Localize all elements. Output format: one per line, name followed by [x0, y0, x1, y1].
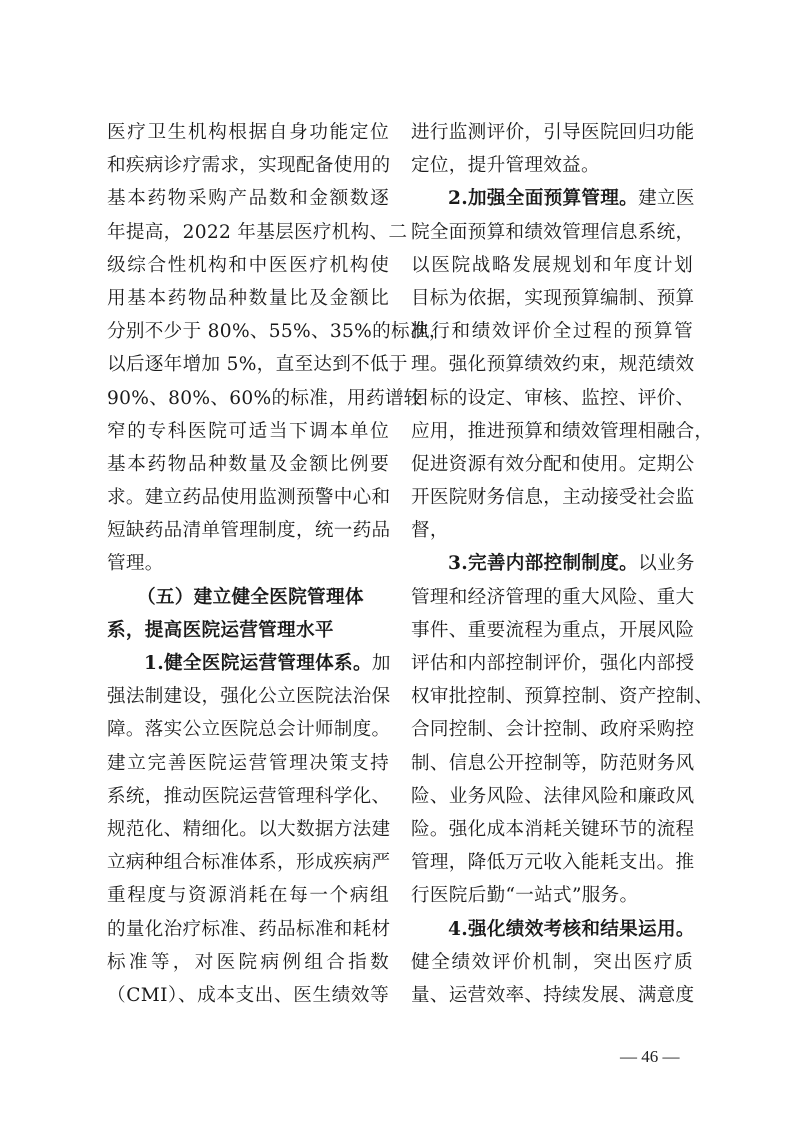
- text-line: 1.健全医院运营管理体系。加: [107, 647, 389, 680]
- text-line: 院全面预算和绩效管理信息系统，: [411, 216, 693, 249]
- text-line: 目标为依据，实现预算编制、预算: [411, 282, 693, 315]
- text-line: 事件、重要流程为重点，开展风险: [411, 614, 693, 647]
- text-line: 基本药物品种数量及金额比例要: [107, 448, 389, 481]
- text-line: 险、业务风险、法律风险和廉政风: [411, 780, 693, 813]
- text-line: 用基本药物品种数量比及金额比: [107, 282, 389, 315]
- text-line: 求。建立药品使用监测预警中心和: [107, 481, 389, 514]
- text-line: 规范化、精细化。以大数据方法建: [107, 813, 389, 846]
- text-line: 管理和经济管理的重大风险、重大: [411, 581, 693, 614]
- subsection-title: 1.健全医院运营管理体系。: [144, 653, 372, 674]
- text-line: 标准等，对医院病例组合指数: [107, 946, 389, 979]
- text-line: 制、信息公开控制等，防范财务风: [411, 747, 693, 780]
- text-line: 合同控制、会计控制、政府采购控: [411, 713, 693, 746]
- text-line: 定位，提升管理效益。: [411, 149, 693, 182]
- text-line: 建立完善医院运营管理决策支持: [107, 747, 389, 780]
- text-line: 2.加强全面预算管理。建立医: [411, 182, 693, 215]
- text-line: 开医院财务信息，主动接受社会监: [411, 481, 693, 514]
- text-line: 管理。: [107, 547, 389, 580]
- text-line: 系统，推动医院运营管理科学化、: [107, 780, 389, 813]
- text-line: 立病种组合标准体系，形成疾病严: [107, 846, 389, 879]
- text-line: 3.完善内部控制制度。以业务: [411, 547, 693, 580]
- text-line: 90%、80%、60%的标准，用药谱较: [107, 382, 389, 415]
- text-line: 管理，降低万元收入能耗支出。推: [411, 846, 693, 879]
- subsection-title: 4.强化绩效考核和结果运用。: [448, 919, 695, 940]
- text-line: 评估和内部控制评价，强化内部授: [411, 647, 693, 680]
- paragraph-text: 建立医: [638, 188, 695, 209]
- text-line: 执行和绩效评价全过程的预算管: [411, 315, 693, 348]
- text-line: 应用，推进预算和绩效管理相融合，: [411, 415, 693, 448]
- text-line: 以后逐年增加 5%，直至达到不低于: [107, 348, 389, 381]
- text-line: 目标的设定、审核、监控、评价、: [411, 382, 693, 415]
- subsection-title: 2.加强全面预算管理。: [448, 188, 638, 209]
- text-line: 行医院后勤“一站式”服务。: [411, 879, 693, 912]
- section-heading: （五）建立健全医院管理体: [107, 581, 389, 614]
- text-line: 进行监测评价，引导医院回归功能: [411, 116, 693, 149]
- text-line: 和疾病诊疗需求，实现配备使用的: [107, 149, 389, 182]
- text-line: 4.强化绩效考核和结果运用。: [411, 913, 693, 946]
- text-line: 基本药物采购产品数和金额数逐: [107, 182, 389, 215]
- subsection-title: 3.完善内部控制制度。: [448, 553, 638, 574]
- text-line: 强法制建设，强化公立医院法治保: [107, 680, 389, 713]
- text-line: 量、运营效率、持续发展、满意度: [411, 979, 693, 1012]
- text-line: 重程度与资源消耗在每一个病组: [107, 879, 389, 912]
- page-number: — 46 —: [620, 1047, 680, 1067]
- section-heading: 系，提高医院运营管理水平: [107, 614, 389, 647]
- text-line: 级综合性机构和中医医疗机构使: [107, 249, 389, 282]
- text-line: 促进资源有效分配和使用。定期公: [411, 448, 693, 481]
- text-line: 以医院战略发展规划和年度计划: [411, 249, 693, 282]
- text-line: 年提高，2022 年基层医疗机构、二: [107, 216, 389, 249]
- right-column: 进行监测评价，引导医院回归功能定位，提升管理效益。2.加强全面预算管理。建立医院…: [411, 116, 693, 1012]
- paragraph-text: 以业务: [638, 553, 695, 574]
- text-line: 险。强化成本消耗关键环节的流程: [411, 813, 693, 846]
- text-line: 的量化治疗标准、药品标准和耗材: [107, 913, 389, 946]
- text-line: 分别不少于 80%、55%、35%的标准，: [107, 315, 389, 348]
- paragraph-text: 加: [372, 653, 391, 674]
- text-line: 窄的专科医院可适当下调本单位: [107, 415, 389, 448]
- text-line: 督，: [411, 514, 693, 547]
- text-line: （CMI）、成本支出、医生绩效等: [107, 979, 389, 1012]
- text-line: 理。强化预算绩效约束，规范绩效: [411, 348, 693, 381]
- text-line: 权审批控制、预算控制、资产控制、: [411, 680, 693, 713]
- left-column: 医疗卫生机构根据自身功能定位和疾病诊疗需求，实现配备使用的基本药物采购产品数和金…: [107, 116, 389, 1012]
- text-line: 健全绩效评价机制，突出医疗质: [411, 946, 693, 979]
- text-line: 短缺药品清单管理制度，统一药品: [107, 514, 389, 547]
- text-line: 医疗卫生机构根据自身功能定位: [107, 116, 389, 149]
- text-line: 障。落实公立医院总会计师制度。: [107, 713, 389, 746]
